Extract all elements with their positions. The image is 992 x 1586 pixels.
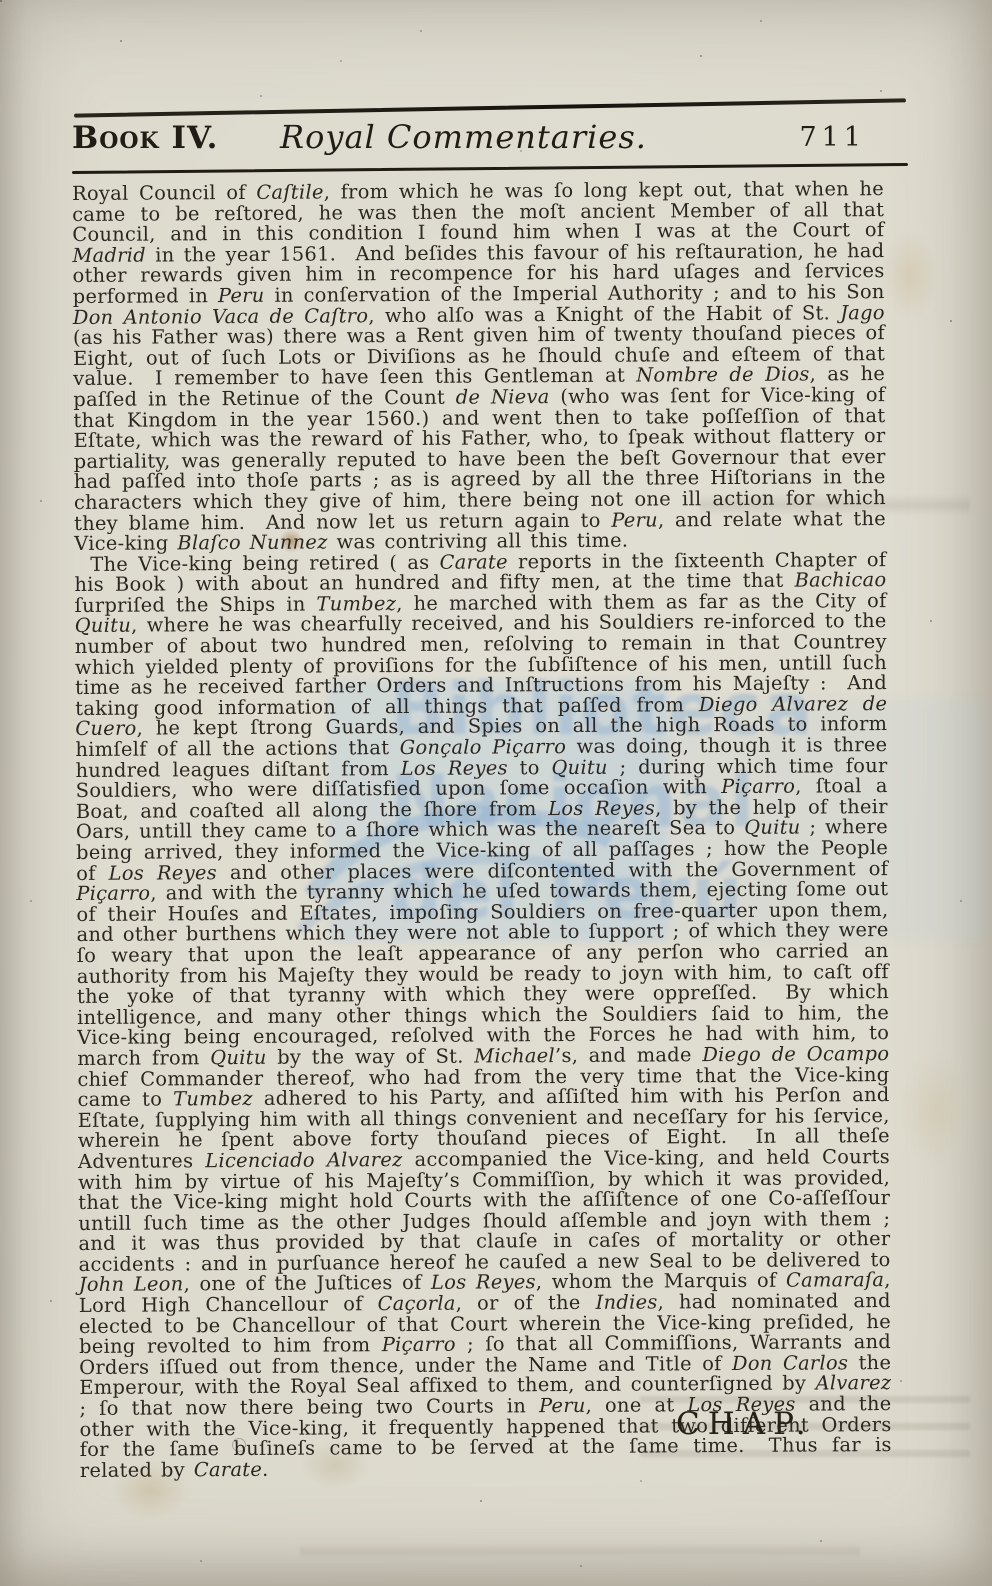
paragraph: Royal Council of Caſtile, from which he …: [72, 179, 886, 555]
show-through-text: [300, 1543, 860, 1559]
body-text: Royal Council of Caſtile, from which he …: [72, 179, 892, 1481]
running-title: Royal Commentaries.: [280, 118, 647, 156]
page-header: Book IV. Royal Commentaries. 711: [72, 118, 908, 166]
book-label: Book IV.: [72, 120, 218, 156]
book-page: Biblioteca Nacional del Perú Book IV. Ro…: [0, 0, 992, 1586]
foxing-stain: [880, 230, 940, 320]
dust-specks: [0, 0, 2, 2]
catchword: CHAP.: [676, 1406, 814, 1442]
italic-text-segment: Peru: [611, 508, 658, 531]
header-rule-top: [74, 98, 906, 117]
foxing-stain: [900, 1050, 970, 1170]
page-number: 711: [799, 122, 866, 153]
paragraph: The Vice-king being retired ( as Carate …: [74, 550, 892, 1482]
text-segment: , and with the tyranny which he uſed tow…: [76, 877, 889, 1070]
italic-text-segment: Carate: [194, 1458, 262, 1481]
text-segment: .: [262, 1458, 269, 1481]
